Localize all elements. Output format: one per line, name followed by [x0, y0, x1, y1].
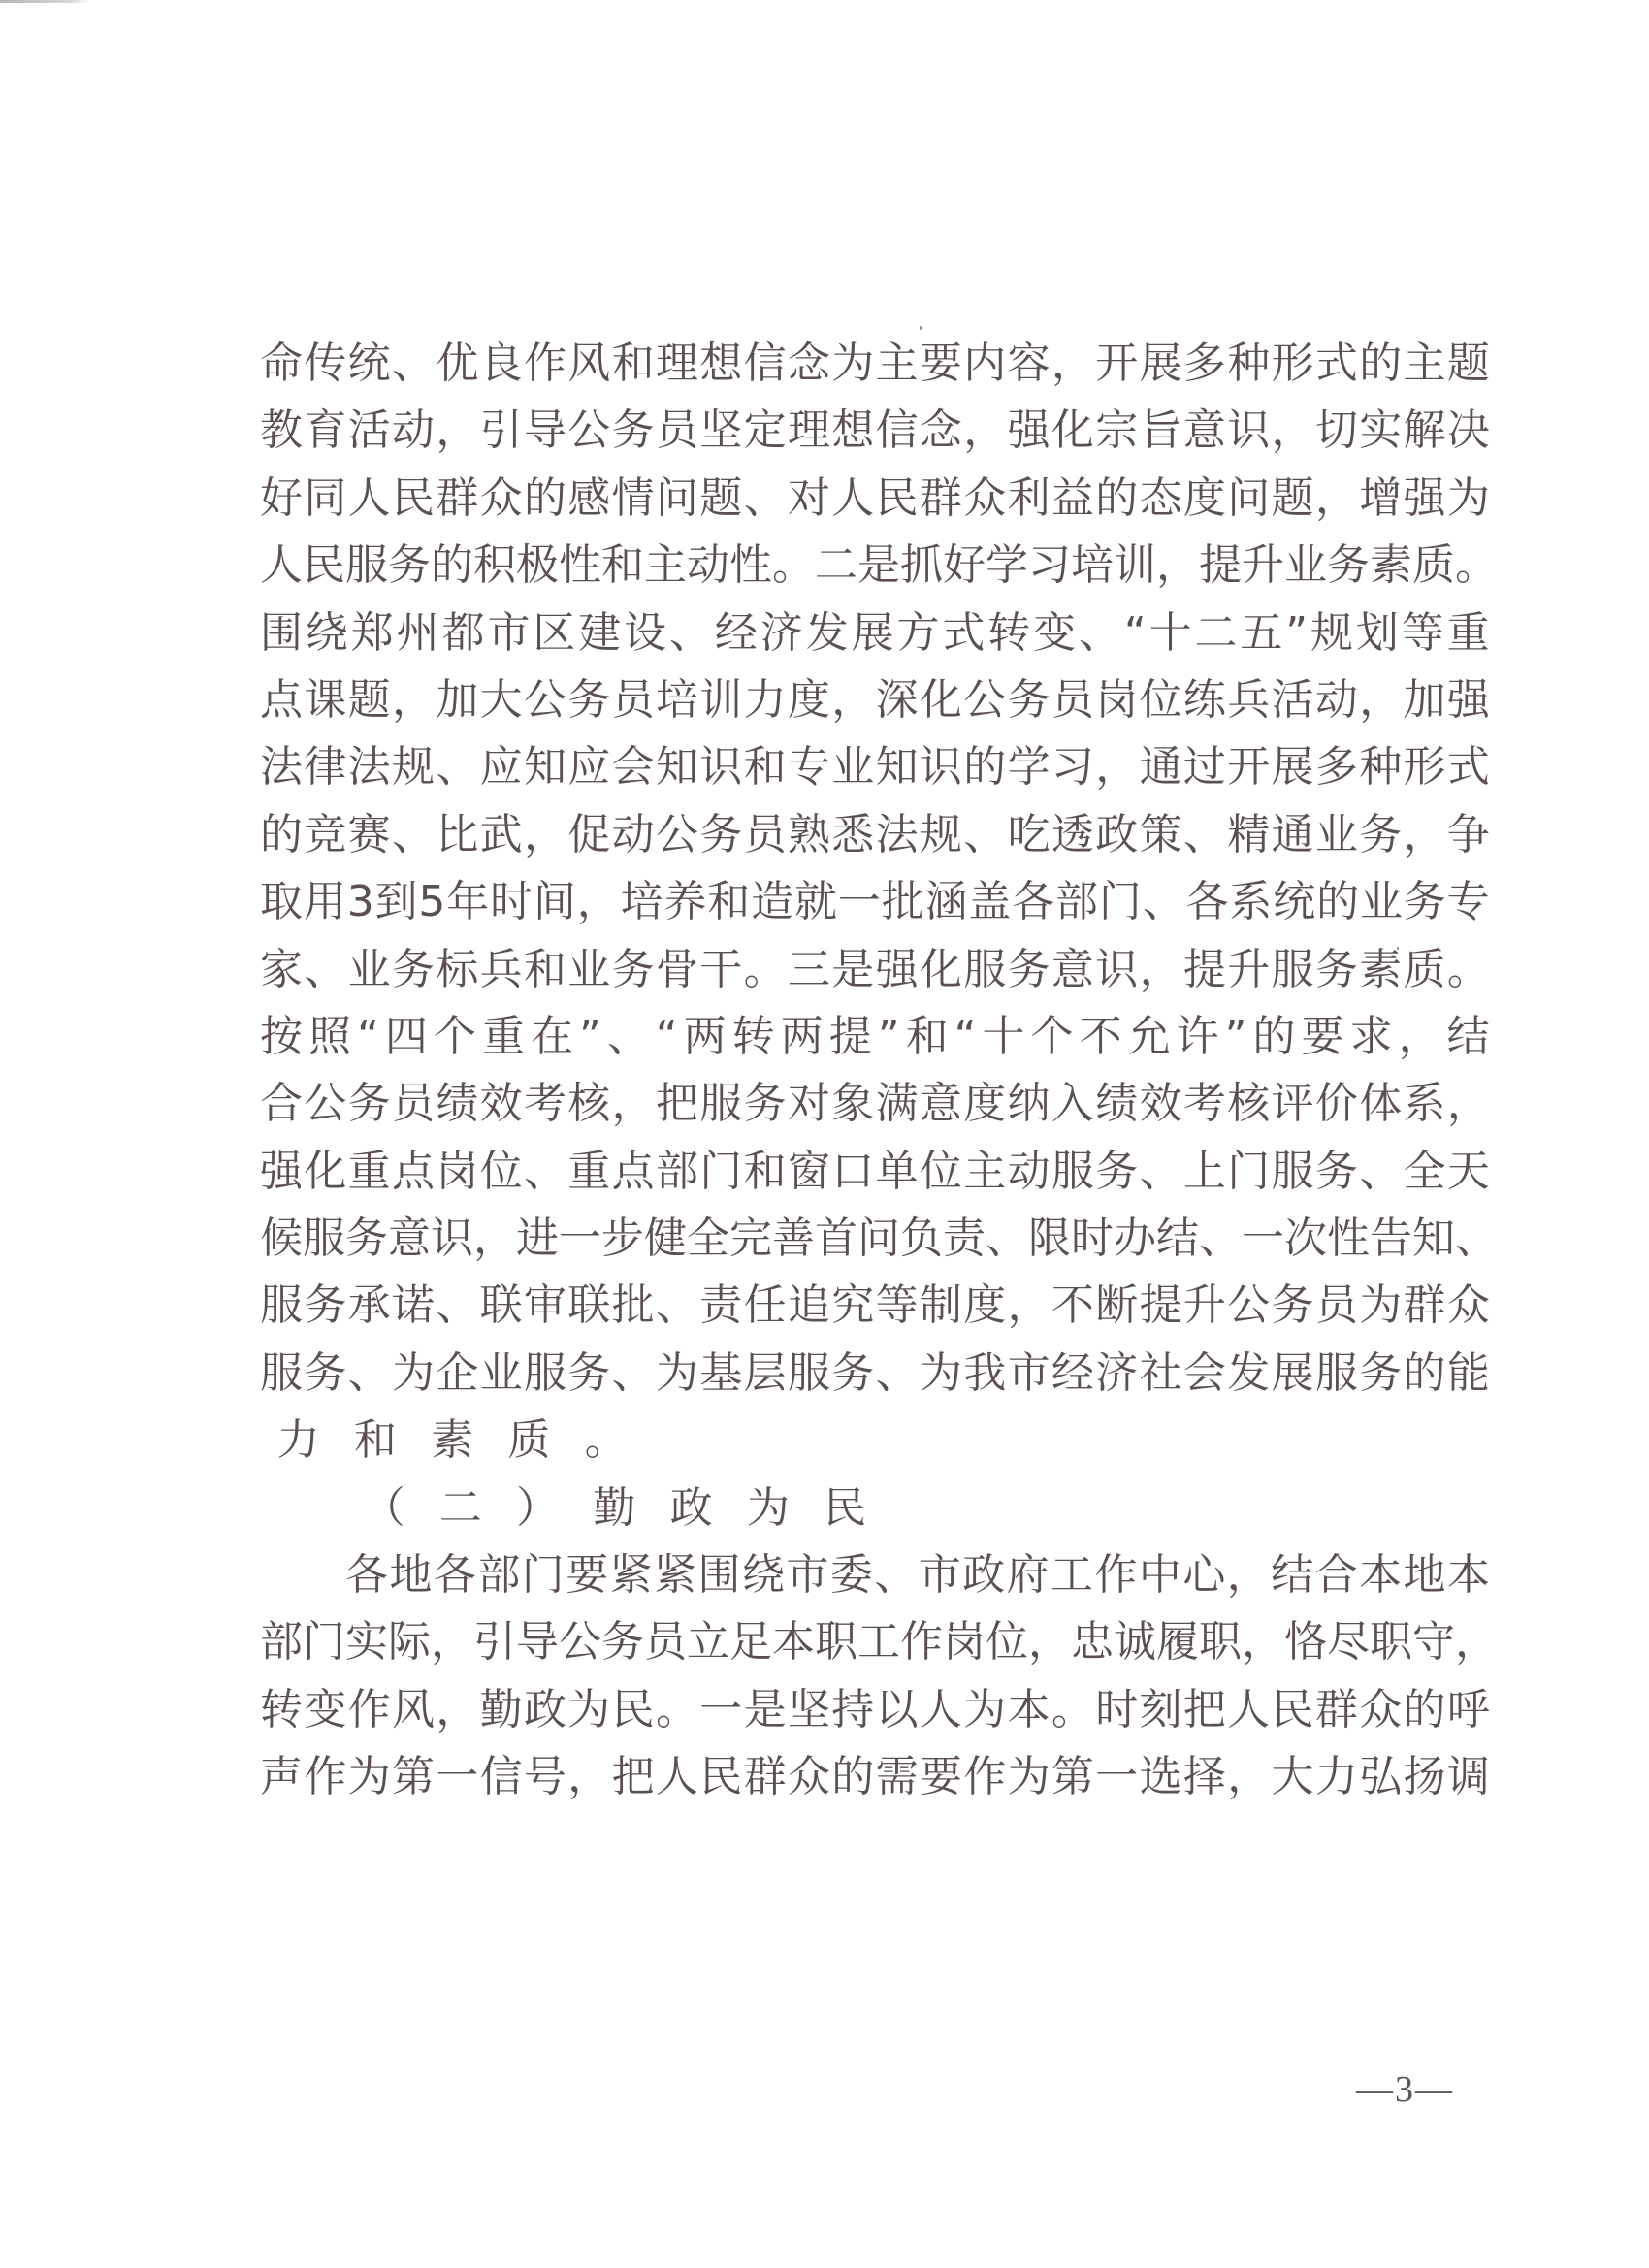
text-line: 强化重点岗位、重点部门和窗口单位主动服务、上门服务、全天	[260, 1138, 1490, 1205]
text-line: 按照“四个重在”、“两转两提”和“十个不允许”的要求，结	[260, 1003, 1490, 1070]
text-line: 候服务意识，进一步健全完善首问负责、限时办结、一次性告知、	[260, 1205, 1490, 1272]
page-number: —3—	[1356, 2068, 1454, 2111]
text-line: 各地各部门要紧紧围绕市委、市政府工作中心，结合本地本	[260, 1541, 1490, 1608]
text-line: 转变作风，勤政为民。一是坚持以人为本。时刻把人民群众的呼	[260, 1676, 1490, 1743]
text-line: 服务承诺、联审联批、责任追究等制度，不断提升公务员为群众	[260, 1272, 1490, 1339]
text-line: 人民服务的积极性和主动性。二是抓好学习培训，提升业务素质。	[260, 532, 1490, 599]
scan-edge-artifact	[0, 0, 89, 3]
text-line: 法律法规、应知应会知识和专业知识的学习，通过开展多种形式	[260, 733, 1490, 800]
paragraph: 各地各部门要紧紧围绕市委、市政府工作中心，结合本地本部门实际，引导公务员立足本职…	[260, 1541, 1502, 1811]
text-line: 取用3到5年时间，培养和造就一批涵盖各部门、各系统的业务专	[260, 868, 1490, 935]
text-line: 好同人民群众的感情问题、对人民群众利益的态度问题，增强为	[260, 465, 1490, 532]
text-line: 点课题，加大公务员培训力度，深化公务员岗位练兵活动，加强	[260, 666, 1490, 733]
section-heading: （二）勤政为民	[260, 1474, 1502, 1541]
text-line: 力和素质。	[260, 1407, 1490, 1474]
text-line: 部门实际，引导公务员立足本职工作岗位，忠诚履职，恪尽职守，	[260, 1608, 1490, 1675]
text-line: （二）勤政为民	[260, 1474, 1490, 1541]
text-line: 的竞赛、比武，促动公务员熟悉法规、吃透政策、精通业务，争	[260, 801, 1490, 868]
text-line: 声作为第一信号，把人民群众的需要作为第一选择，大力弘扬调	[260, 1743, 1490, 1810]
text-line: 服务、为企业服务、为基层服务、为我市经济社会发展服务的能	[260, 1340, 1490, 1407]
text-line: 命传统、优良作风和理想信念为主要内容，开展多种形式的主题	[260, 330, 1490, 397]
text-line: 围绕郑州都市区建设、经济发展方式转变、“十二五”规划等重	[260, 599, 1490, 666]
text-line: 合公务员绩效考核，把服务对象满意度纳入绩效考核评价体系，	[260, 1070, 1490, 1137]
document-page: 命传统、优良作风和理想信念为主要内容，开展多种形式的主题教育活动，引导公务员坚定…	[260, 330, 1502, 1811]
paragraph: 命传统、优良作风和理想信念为主要内容，开展多种形式的主题教育活动，引导公务员坚定…	[260, 330, 1502, 1474]
text-line: 教育活动，引导公务员坚定理想信念，强化宗旨意识，切实解决	[260, 397, 1490, 464]
text-line: 家、业务标兵和业务骨干。三是强化服务意识，提升服务素质。	[260, 936, 1490, 1003]
